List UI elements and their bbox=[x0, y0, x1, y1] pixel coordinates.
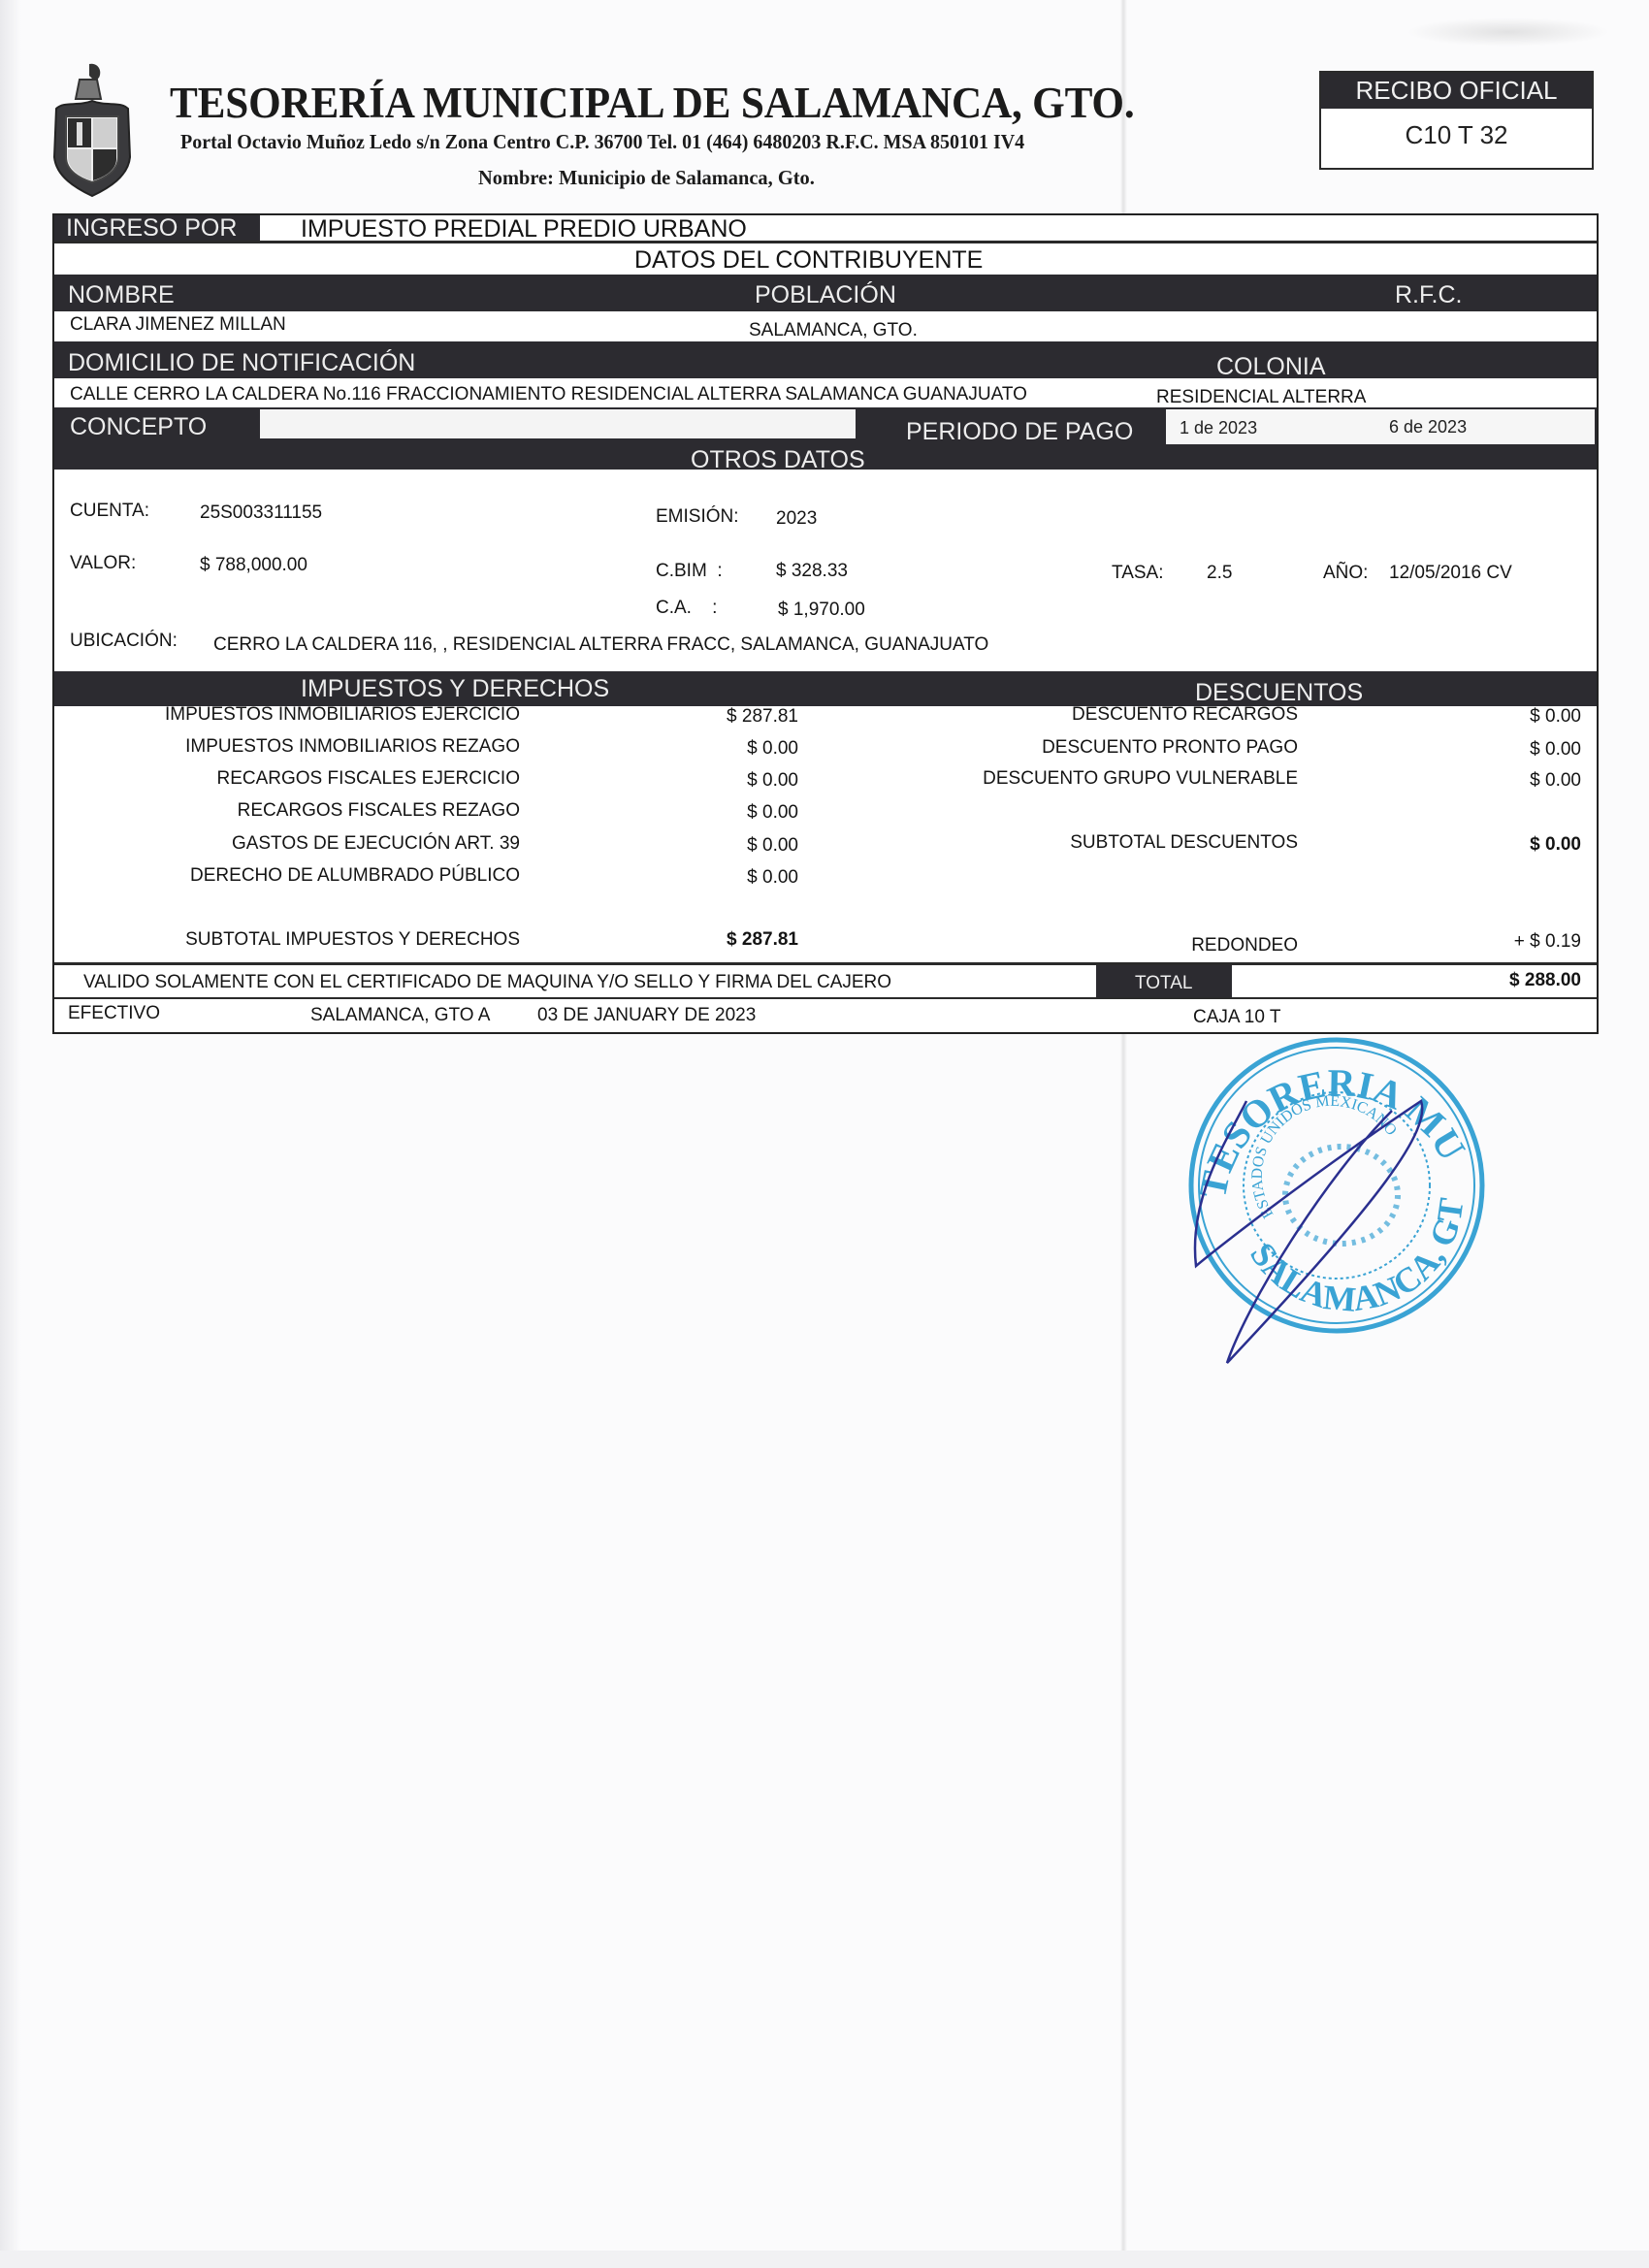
divider bbox=[54, 241, 1597, 243]
descuento-label: DESCUENTO GRUPO VULNERABLE bbox=[983, 768, 1298, 790]
periodo-label: PERIODO DE PAGO bbox=[906, 418, 1133, 446]
cbim-value: $ 328.33 bbox=[776, 561, 848, 582]
impuesto-label: DERECHO DE ALUMBRADO PÚBLICO bbox=[190, 865, 520, 887]
payment-place: SALAMANCA, GTO A bbox=[310, 1005, 490, 1026]
anio-value: 12/05/2016 CV bbox=[1389, 563, 1512, 584]
divider bbox=[54, 962, 1597, 965]
emision-label: EMISIÓN: bbox=[656, 506, 739, 528]
ca-value: $ 1,970.00 bbox=[778, 599, 865, 621]
redondeo-label: REDONDEO bbox=[1191, 935, 1298, 956]
redondeo-value: + $ 0.19 bbox=[1514, 931, 1581, 953]
impuesto-amount: $ 287.81 bbox=[727, 706, 798, 728]
valor-label: VALOR: bbox=[70, 553, 136, 574]
divider bbox=[54, 997, 1597, 999]
total-label-bar: TOTAL bbox=[1096, 965, 1232, 998]
cuenta-label: CUENTA: bbox=[70, 501, 149, 522]
rfc-label: R.F.C. bbox=[1395, 281, 1462, 309]
colonia-label: COLONIA bbox=[1216, 353, 1326, 381]
issuer-title: TESORERÍA MUNICIPAL DE SALAMANCA, GTO. bbox=[170, 78, 1134, 128]
contribuyente-nombre: CLARA JIMENEZ MILLAN bbox=[70, 314, 286, 336]
contribuyente-header-bar: NOMBRE POBLACIÓN R.F.C. bbox=[54, 275, 1597, 311]
cashier-signature bbox=[1188, 1062, 1440, 1373]
total-value: $ 288.00 bbox=[1509, 970, 1581, 991]
validity-note: VALIDO SOLAMENTE CON EL CERTIFICADO DE M… bbox=[83, 972, 891, 993]
issuer-name: Nombre: Municipio de Salamanca, Gto. bbox=[478, 166, 815, 190]
impuesto-amount: $ 0.00 bbox=[747, 770, 798, 792]
cuenta-value: 25S003311155 bbox=[200, 502, 322, 524]
impuesto-amount: $ 0.00 bbox=[747, 835, 798, 857]
impuesto-amount: $ 0.00 bbox=[747, 738, 798, 760]
domicilio-label: DOMICILIO DE NOTIFICACIÓN bbox=[68, 349, 415, 377]
descuento-amount: $ 0.00 bbox=[1530, 770, 1581, 792]
cashier-box: CAJA 10 T bbox=[1193, 1007, 1280, 1028]
payment-date: 03 DE JANUARY DE 2023 bbox=[537, 1005, 756, 1026]
subtotal-descuentos-value: $ 0.00 bbox=[1530, 834, 1581, 856]
descuentos-title: DESCUENTOS bbox=[1195, 679, 1363, 707]
municipal-coat-of-arms-icon bbox=[50, 60, 134, 201]
ingreso-label: INGRESO POR bbox=[66, 214, 237, 243]
periodo-hasta: 6 de 2023 bbox=[1389, 417, 1467, 437]
receipt-page: TESORERÍA MUNICIPAL DE SALAMANCA, GTO. P… bbox=[0, 0, 1649, 2268]
subtotal-descuentos-label: SUBTOTAL DESCUENTOS bbox=[1070, 832, 1298, 854]
issuer-address: Portal Octavio Muñoz Ledo s/n Zona Centr… bbox=[180, 130, 1024, 154]
ca-label: C.A. : bbox=[656, 598, 717, 619]
ingreso-label-bar: INGRESO POR bbox=[54, 215, 260, 241]
contribuyente-section-title: DATOS DEL CONTRIBUYENTE bbox=[634, 246, 983, 275]
scan-edge bbox=[0, 0, 21, 2268]
periodo-desde: 1 de 2023 bbox=[1180, 418, 1257, 438]
impuesto-label: IMPUESTOS INMOBILIARIOS REZAGO bbox=[185, 736, 520, 758]
impuesto-label: RECARGOS FISCALES REZAGO bbox=[238, 800, 520, 822]
nombre-label: NOMBRE bbox=[68, 281, 175, 309]
descuento-label: DESCUENTO RECARGOS bbox=[1072, 704, 1298, 726]
concepto-field bbox=[260, 409, 856, 438]
contribuyente-poblacion: SALAMANCA, GTO. bbox=[749, 320, 918, 341]
domicilio-header-bar: DOMICILIO DE NOTIFICACIÓN COLONIA bbox=[54, 341, 1597, 378]
concepto-bar: CONCEPTO PERIODO DE PAGO 1 de 2023 6 de … bbox=[54, 407, 1597, 470]
subtotal-impuestos-label: SUBTOTAL IMPUESTOS Y DERECHOS bbox=[185, 929, 520, 951]
descuento-amount: $ 0.00 bbox=[1530, 739, 1581, 761]
poblacion-label: POBLACIÓN bbox=[755, 281, 896, 309]
ubicacion-value: CERRO LA CALDERA 116, , RESIDENCIAL ALTE… bbox=[213, 634, 988, 656]
descuento-label: DESCUENTO PRONTO PAGO bbox=[1042, 737, 1298, 759]
scan-smudge bbox=[1406, 17, 1610, 47]
anio-label: AÑO: bbox=[1323, 563, 1368, 584]
valor-value: $ 788,000.00 bbox=[200, 555, 307, 576]
concepto-label: CONCEPTO bbox=[70, 413, 207, 441]
colonia-value: RESIDENCIAL ALTERRA bbox=[1156, 387, 1366, 408]
impuestos-descuentos-bar: IMPUESTOS Y DERECHOS DESCUENTOS bbox=[54, 671, 1597, 706]
impuestos-title: IMPUESTOS Y DERECHOS bbox=[301, 675, 609, 703]
domicilio-value: CALLE CERRO LA CALDERA No.116 FRACCIONAM… bbox=[70, 384, 1027, 405]
scan-edge-bottom bbox=[0, 2251, 1649, 2268]
emision-value: 2023 bbox=[776, 508, 817, 530]
otros-datos-title: OTROS DATOS bbox=[691, 446, 865, 474]
impuesto-label: IMPUESTOS INMOBILIARIOS EJERCICIO bbox=[165, 704, 520, 726]
tasa-label: TASA: bbox=[1112, 563, 1164, 584]
official-receipt-box: RECIBO OFICIAL C10 T 32 bbox=[1319, 71, 1594, 170]
subtotal-impuestos-value: $ 287.81 bbox=[727, 929, 798, 951]
impuesto-label: GASTOS DE EJECUCIÓN ART. 39 bbox=[232, 833, 520, 855]
official-receipt-number: C10 T 32 bbox=[1321, 109, 1592, 162]
tasa-value: 2.5 bbox=[1207, 563, 1232, 584]
total-label: TOTAL bbox=[1135, 973, 1192, 994]
ubicacion-label: UBICACIÓN: bbox=[70, 631, 178, 652]
impuesto-amount: $ 0.00 bbox=[747, 802, 798, 824]
cbim-label: C.BIM : bbox=[656, 561, 723, 582]
impuesto-amount: $ 0.00 bbox=[747, 867, 798, 889]
receipt-form: INGRESO POR IMPUESTO PREDIAL PREDIO URBA… bbox=[52, 213, 1599, 1034]
descuento-amount: $ 0.00 bbox=[1530, 706, 1581, 728]
ingreso-value: IMPUESTO PREDIAL PREDIO URBANO bbox=[301, 215, 747, 243]
impuesto-label: RECARGOS FISCALES EJERCICIO bbox=[216, 768, 520, 790]
official-receipt-label: RECIBO OFICIAL bbox=[1321, 73, 1592, 109]
periodo-field: 1 de 2023 6 de 2023 bbox=[1166, 409, 1595, 444]
payment-method: EFECTIVO bbox=[68, 1003, 160, 1024]
